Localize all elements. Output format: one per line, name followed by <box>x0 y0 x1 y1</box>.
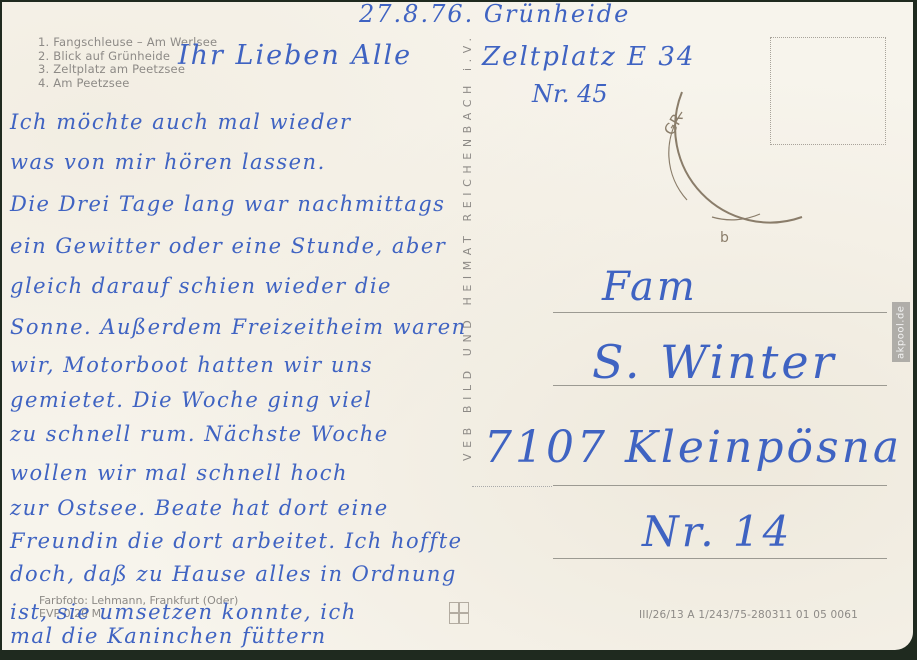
message-line: gemietet. Die Woche ging viel <box>10 388 372 412</box>
message-line: zur Ostsee. Beate hat dort eine <box>10 496 389 520</box>
address-recipient-prefix: Fam <box>602 264 698 310</box>
address-city: 7107 Kleinpösna <box>484 422 902 473</box>
address-recipient-name: S. Winter <box>592 335 837 389</box>
svg-text:b: b <box>720 230 729 246</box>
postcard: 1. Fangschleuse – Am Werlsee 2. Blick au… <box>2 2 913 650</box>
svg-text:GR: GR <box>660 110 687 138</box>
address-line-4 <box>553 558 887 559</box>
message-line: mal die Kaninchen füttern <box>10 624 327 648</box>
handwritten-number: Nr. 45 <box>532 80 608 108</box>
postmark-icon: GR b <box>642 72 822 272</box>
message-line: wir, Motorboot hatten wir uns <box>10 353 373 377</box>
zip-code-guide <box>472 486 552 487</box>
caption-4: 4. Am Peetzsee <box>38 77 217 91</box>
address-house-number: Nr. 14 <box>642 507 792 556</box>
publisher-logo-icon <box>449 602 469 624</box>
message-line: ein Gewitter oder eine Stunde, aber <box>10 234 446 258</box>
message-line: gleich darauf schien wieder die <box>10 274 392 298</box>
message-line: ist, sie umsetzen konnte, ich <box>10 600 357 624</box>
message-line: wollen wir mal schnell hoch <box>10 461 348 485</box>
message-line: was von mir hören lassen. <box>10 150 326 174</box>
message-line: zu schnell rum. Nächste Woche <box>10 422 389 446</box>
handwritten-salutation: Ihr Lieben Alle <box>178 40 412 71</box>
message-line: Ich möchte auch mal wieder <box>10 110 352 134</box>
handwritten-campsite: Zeltplatz E 34 <box>482 42 695 72</box>
message-line: doch, daß zu Hause alles in Ordnung <box>10 562 457 586</box>
print-code: III/26/13 A 1/243/75-280311 01 05 0061 <box>639 609 858 621</box>
message-line: Freundin die dort arbeitet. Ich hoffte <box>10 529 463 553</box>
watermark: akpool.de <box>892 302 910 362</box>
message-line: Die Drei Tage lang war nachmittags <box>10 192 445 216</box>
address-line-1 <box>553 312 887 313</box>
handwritten-date-place: 27.8.76. Grünheide <box>359 0 630 28</box>
message-line: Sonne. Außerdem Freizeitheim waren <box>10 315 467 339</box>
address-line-3 <box>553 485 887 486</box>
